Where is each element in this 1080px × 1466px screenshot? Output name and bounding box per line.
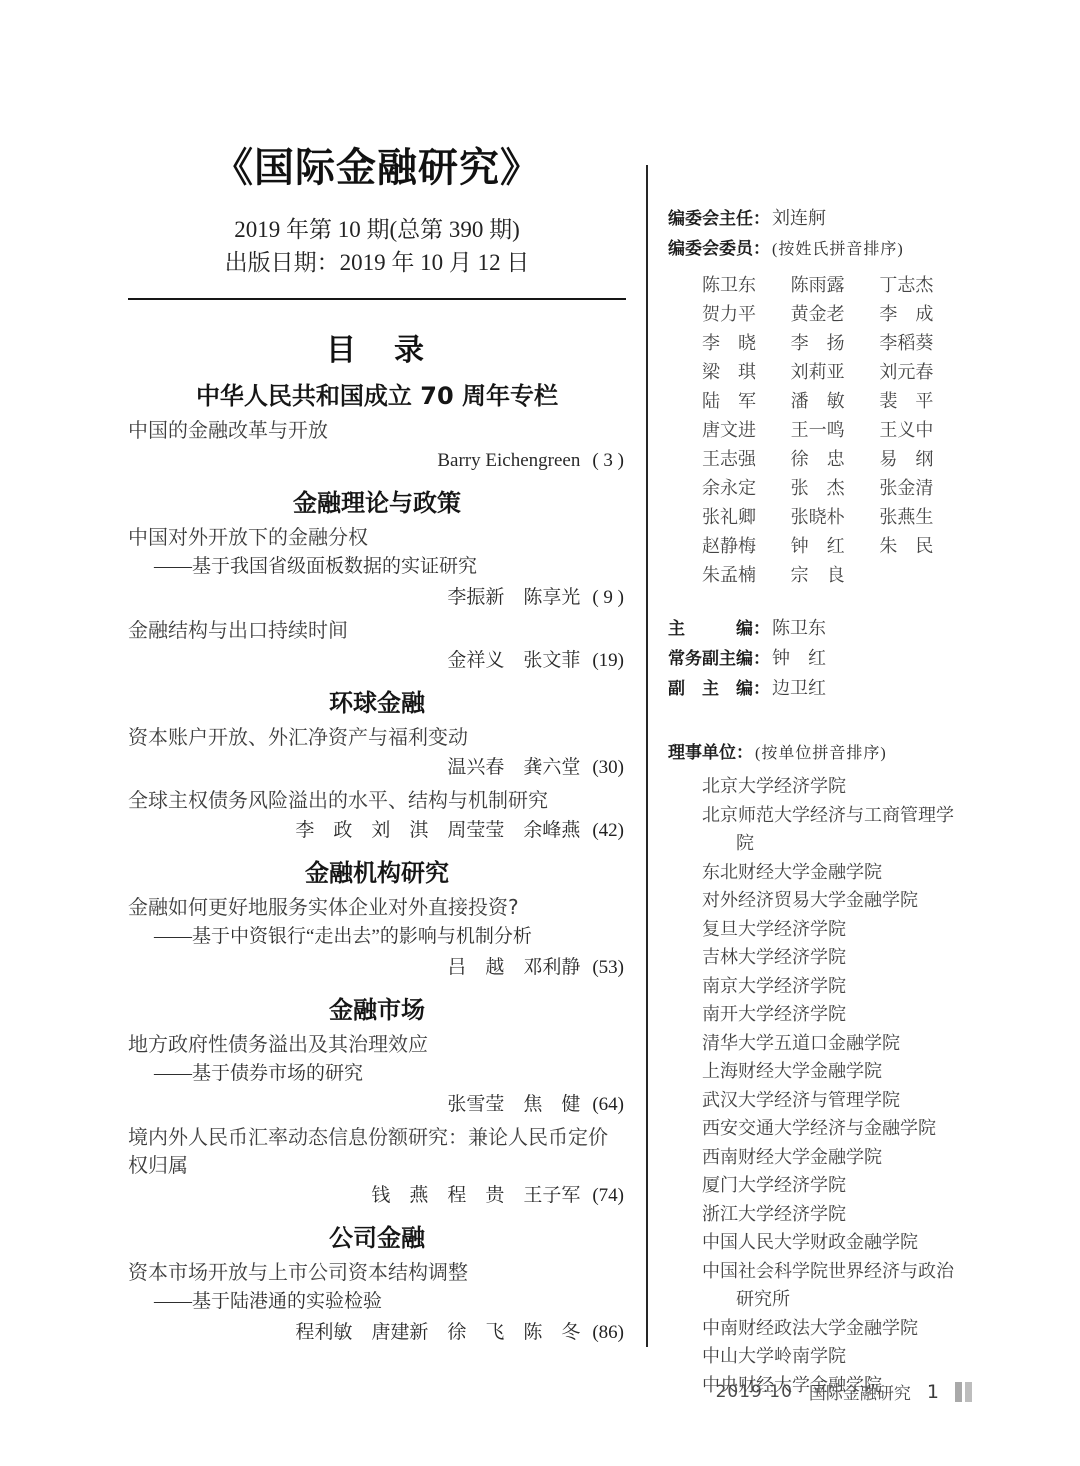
masthead: 《国际金融研究》 2019 年第 10 期(总第 390 期) 出版日期：201…	[128, 146, 626, 300]
article-title: 中国的金融改革与开放	[128, 416, 626, 444]
editors-block: 主 编： 陈卫东 常务副主编： 钟 红 副 主 编： 边卫红	[668, 614, 968, 704]
author-line: Barry Eichengreen ( 3 )	[128, 447, 626, 475]
article-page-number: (19)	[592, 647, 624, 675]
editorial-chair-row: 编委会主任： 刘连舸	[668, 204, 968, 234]
member-row: 贺力平 黄金老 李 成	[702, 300, 968, 329]
article-title: 金融结构与出口持续时间	[128, 616, 626, 644]
member-name: 张 杰	[791, 474, 880, 503]
deputy-editor-row: 副 主 编： 边卫红	[668, 674, 968, 704]
editorial-members-row: 编委会委员： (按姓氏拼音排序)	[668, 234, 968, 265]
section-heading-corporate-finance: 公司金融	[128, 1224, 626, 1252]
editorial-members-label: 编委会委员：	[668, 234, 770, 264]
council-member: 厦门大学经济学院	[702, 1172, 968, 1201]
executive-deputy-editor-row: 常务副主编： 钟 红	[668, 644, 968, 674]
member-row: 唐文进 王一鸣 王义中	[702, 416, 968, 445]
member-row: 陈卫东 陈雨露 丁志杰	[702, 271, 968, 300]
article-page-number: ( 3 )	[592, 447, 624, 475]
chief-editor-name: 陈卫东	[772, 614, 826, 644]
council-member: 西南财经大学金融学院	[702, 1144, 968, 1173]
council-label: 理事单位：	[668, 738, 753, 768]
council-note: (按单位拼音排序)	[755, 739, 887, 769]
article-page-number: (86)	[592, 1319, 624, 1347]
council-member: 南京大学经济学院	[702, 973, 968, 1002]
article-page-number: (74)	[592, 1182, 624, 1210]
article-authors: 李振新 陈享光	[447, 584, 580, 612]
council-member: 中南财经政法大学金融学院	[702, 1315, 968, 1344]
council-member: 南开大学经济学院	[702, 1001, 968, 1030]
publication-date-line: 出版日期：2019 年 10 月 12 日	[128, 249, 626, 276]
author-line: 吕 越 邓利静 (53)	[128, 954, 626, 982]
council-member: 北京大学经济学院	[702, 773, 968, 802]
section-heading-anniversary: 中华人民共和国成立 70 周年专栏	[128, 382, 626, 410]
author-line: 程利敏 唐建新 徐 飞 陈 冬 (86)	[128, 1319, 626, 1347]
member-row: 余永定 张 杰 张金清	[702, 474, 968, 503]
council-member: 吉林大学经济学院	[702, 944, 968, 973]
member-name: 李 晓	[702, 329, 791, 358]
member-name: 易 纲	[879, 445, 968, 474]
article-subtitle: ——基于中资银行“走出去”的影响与机制分析	[128, 923, 626, 951]
article-subtitle: ——基于陆港通的实验检验	[128, 1288, 626, 1316]
footer-issue: 2019·10	[716, 1382, 793, 1402]
member-name: 钟 红	[791, 532, 880, 561]
article-title: 金融如何更好地服务实体企业对外直接投资?	[128, 893, 626, 921]
article-authors: 吕 越 邓利静	[447, 954, 580, 982]
author-line: 李振新 陈享光 ( 9 )	[128, 584, 626, 612]
page-footer: 2019·10 国际金融研究 1	[716, 1379, 972, 1404]
member-name: 刘莉亚	[791, 358, 880, 387]
member-name: 刘元春	[879, 358, 968, 387]
member-name: 黄金老	[791, 300, 880, 329]
council-member: 中国社会科学院世界经济与政治研究所	[702, 1258, 968, 1315]
article-title: 中国对外开放下的金融分权	[128, 523, 626, 551]
council-member: 对外经济贸易大学金融学院	[702, 887, 968, 916]
section-heading-financial-markets: 金融市场	[128, 996, 626, 1024]
issue-line: 2019 年第 10 期(总第 390 期)	[128, 216, 626, 243]
member-name: 朱孟楠	[702, 561, 791, 590]
author-line: 金祥义 张文菲 (19)	[128, 647, 626, 675]
author-line: 李 政 刘 淇 周莹莹 余峰燕 (42)	[128, 817, 626, 845]
member-name: 王志强	[702, 445, 791, 474]
chief-editor-row: 主 编： 陈卫东	[668, 614, 968, 644]
article-authors: 李 政 刘 淇 周莹莹 余峰燕	[295, 817, 580, 845]
chief-editor-label: 主 编：	[668, 614, 770, 644]
journal-toc-page: 《国际金融研究》 2019 年第 10 期(总第 390 期) 出版日期：201…	[0, 0, 1080, 1466]
left-column: 《国际金融研究》 2019 年第 10 期(总第 390 期) 出版日期：201…	[128, 146, 626, 1350]
article-page-number: (42)	[592, 817, 624, 845]
member-row: 王志强 徐 忠 易 纲	[702, 445, 968, 474]
editorial-chair-name: 刘连舸	[772, 204, 826, 234]
member-row: 赵静梅 钟 红 朱 民	[702, 532, 968, 561]
council-member: 上海财经大学金融学院	[702, 1058, 968, 1087]
executive-deputy-editor-label: 常务副主编：	[668, 644, 770, 674]
article-authors: 张雪莹 焦 健	[447, 1091, 580, 1119]
footer-page-number: 1	[927, 1381, 939, 1403]
member-row: 梁 琪 刘莉亚 刘元春	[702, 358, 968, 387]
editorial-chair-label: 编委会主任：	[668, 204, 770, 234]
member-name: 陈卫东	[702, 271, 791, 300]
council-member: 中国人民大学财政金融学院	[702, 1229, 968, 1258]
section-heading-financial-institutions: 金融机构研究	[128, 859, 626, 887]
article-page-number: ( 9 )	[592, 584, 624, 612]
member-name: 王一鸣	[791, 416, 880, 445]
article-subtitle: ——基于我国省级面板数据的实证研究	[128, 553, 626, 581]
member-name: 朱 民	[879, 532, 968, 561]
article-authors: 钱 燕 程 贵 王子军	[371, 1182, 580, 1210]
journal-title: 《国际金融研究》	[128, 146, 626, 190]
council-member: 浙江大学经济学院	[702, 1201, 968, 1230]
member-row: 朱孟楠 宗 良	[702, 561, 968, 590]
deputy-editor-name: 边卫红	[772, 674, 826, 704]
article-title: 资本市场开放与上市公司资本结构调整	[128, 1258, 626, 1286]
member-name: 潘 敏	[791, 387, 880, 416]
council-label-row: 理事单位： (按单位拼音排序)	[668, 738, 968, 769]
member-name: 丁志杰	[879, 271, 968, 300]
article-authors: 温兴春 龚六堂	[447, 754, 580, 782]
member-row: 陆 军 潘 敏 裴 平	[702, 387, 968, 416]
author-line: 温兴春 龚六堂 (30)	[128, 754, 626, 782]
council-member: 复旦大学经济学院	[702, 916, 968, 945]
member-name: 李稻葵	[879, 329, 968, 358]
member-row: 张礼卿 张晓朴 张燕生	[702, 503, 968, 532]
article-page-number: (53)	[592, 954, 624, 982]
article-page-number: (64)	[592, 1091, 624, 1119]
editorial-members-note: (按姓氏拼音排序)	[772, 235, 904, 265]
member-name: 宗 良	[791, 561, 880, 590]
article-authors: 金祥义 张文菲	[447, 647, 580, 675]
article-authors: Barry Eichengreen	[437, 447, 580, 475]
editorial-members-list: 陈卫东 陈雨露 丁志杰 贺力平 黄金老 李 成 李 晓 李 扬 李稻葵 梁 琪 …	[668, 271, 968, 590]
member-row: 李 晓 李 扬 李稻葵	[702, 329, 968, 358]
footer-bar-icon	[955, 1382, 962, 1402]
council-member: 清华大学五道口金融学院	[702, 1030, 968, 1059]
council-member-list: 北京大学经济学院 北京师范大学经济与工商管理学院 东北财经大学金融学院 对外经济…	[668, 773, 968, 1400]
author-line: 张雪莹 焦 健 (64)	[128, 1091, 626, 1119]
member-name: 张礼卿	[702, 503, 791, 532]
article-page-number: (30)	[592, 754, 624, 782]
council-member: 北京师范大学经济与工商管理学院	[702, 802, 968, 859]
member-name: 唐文进	[702, 416, 791, 445]
council-member: 东北财经大学金融学院	[702, 859, 968, 888]
section-heading-theory-policy: 金融理论与政策	[128, 489, 626, 517]
council-member: 西安交通大学经济与金融学院	[702, 1115, 968, 1144]
article-title: 全球主权债务风险溢出的水平、结构与机制研究	[128, 786, 626, 814]
member-name: 张燕生	[879, 503, 968, 532]
member-name: 张晓朴	[791, 503, 880, 532]
article-subtitle: ——基于债券市场的研究	[128, 1060, 626, 1088]
author-line: 钱 燕 程 贵 王子军 (74)	[128, 1182, 626, 1210]
member-name: 裴 平	[879, 387, 968, 416]
executive-deputy-editor-name: 钟 红	[772, 644, 826, 674]
member-name: 张金清	[879, 474, 968, 503]
article-title: 地方政府性债务溢出及其治理效应	[128, 1030, 626, 1058]
member-name: 李 扬	[791, 329, 880, 358]
right-column: 编委会主任： 刘连舸 编委会委员： (按姓氏拼音排序) 陈卫东 陈雨露 丁志杰 …	[668, 204, 968, 1400]
member-name: 余永定	[702, 474, 791, 503]
section-heading-global-finance: 环球金融	[128, 689, 626, 717]
footer-journal-name: 国际金融研究	[809, 1379, 911, 1404]
footer-bars-icon	[955, 1382, 972, 1402]
deputy-editor-label: 副 主 编：	[668, 674, 770, 704]
member-name: 赵静梅	[702, 532, 791, 561]
article-title: 境内外人民币汇率动态信息份额研究：兼论人民币定价权归属	[128, 1123, 626, 1179]
member-name: 王义中	[879, 416, 968, 445]
masthead-rule	[128, 298, 626, 300]
council-block: 理事单位： (按单位拼音排序) 北京大学经济学院 北京师范大学经济与工商管理学院…	[668, 738, 968, 1400]
article-authors: 程利敏 唐建新 徐 飞 陈 冬	[295, 1319, 580, 1347]
article-title: 资本账户开放、外汇净资产与福利变动	[128, 723, 626, 751]
member-name: 梁 琪	[702, 358, 791, 387]
member-name: 徐 忠	[791, 445, 880, 474]
member-name: 陆 军	[702, 387, 791, 416]
column-divider-rule	[646, 165, 648, 1347]
footer-bar-icon	[965, 1382, 972, 1402]
member-name: 李 成	[879, 300, 968, 329]
member-name: 贺力平	[702, 300, 791, 329]
toc-heading: 目 录	[128, 334, 626, 368]
member-name: 陈雨露	[791, 271, 880, 300]
member-name	[879, 561, 968, 590]
council-member: 中山大学岭南学院	[702, 1343, 968, 1372]
council-member: 武汉大学经济与管理学院	[702, 1087, 968, 1116]
